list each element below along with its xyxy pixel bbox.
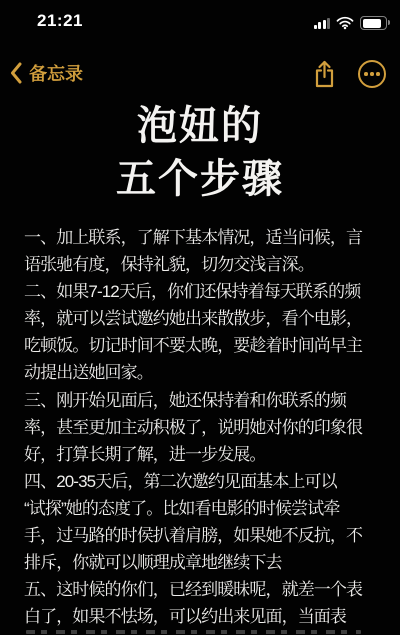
status-time: 21:21 [37,11,83,31]
back-button-label: 备忘录 [29,60,83,86]
note-title-line-1: 泡妞的 [0,100,400,153]
note-text-line: 四、20-35天后，第二次邀约见面基本上可以 [24,468,392,495]
back-button[interactable]: 备忘录 [10,60,83,86]
chevron-left-icon [10,62,22,84]
note-text-line: 二、如果7-12天后，你们还保持着每天联系的频 [24,278,392,305]
more-button[interactable] [358,60,386,88]
note-text-line: 五、这时候的你们，已经到暖昧呢，就差一个表 [24,576,392,603]
cellular-signal-icon [314,18,331,29]
wifi-icon [336,16,354,30]
note-title: 泡妞的 五个步骤 [0,100,400,206]
status-bar: 21:21 [0,0,400,44]
share-icon [312,59,337,89]
share-button[interactable] [312,59,337,89]
notes-app-screen: 21:21 备忘录 [0,0,400,635]
note-text-line: 吃顿饭。切记时间不要太晚，要趁着时间尚早主 [24,332,392,359]
note-text-line: 好，打算长期了解，进一步发展。 [24,441,392,468]
note-text-line: 三、刚开始见面后，她还保持着和你联系的频 [24,387,392,414]
note-text-line: “试探”她的态度了。比如看电影的时候尝试牵 [24,495,392,522]
note-text-line: 排斥，你就可以顺理成章地继续下去 [24,549,392,576]
battery-icon [360,16,387,30]
note-text-line: 语张驰有度，保持礼貌，切勿交浅言深。 [24,251,392,278]
note-text-line: 率，就可以尝试邀约她出来散散步，看个电影， [24,305,392,332]
note-text-line: 动提出送她回家。 [24,359,392,386]
ellipsis-circle-icon [358,60,386,88]
nav-bar: 备忘录 [0,52,400,96]
note-body[interactable]: 一、加上联系，了解下基本情况，适当问候，言语张驰有度，保持礼貌，切勿交浅言深。二… [24,224,392,630]
status-icons [314,16,388,30]
note-text-line: 一、加上联系，了解下基本情况，适当问候，言 [24,224,392,251]
note-text-line: 手，过马路的时侯扒着肩膀，如果她不反抗，不 [24,522,392,549]
note-text-line: 率，甚至更加主动积极了，说明她对你的印象很 [24,414,392,441]
note-text-line: 白了，如果不怯场，可以约出来见面，当面表 [24,603,392,630]
note-title-line-2: 五个步骤 [0,153,400,206]
nav-actions [312,59,386,89]
clipped-text-line [26,630,361,634]
